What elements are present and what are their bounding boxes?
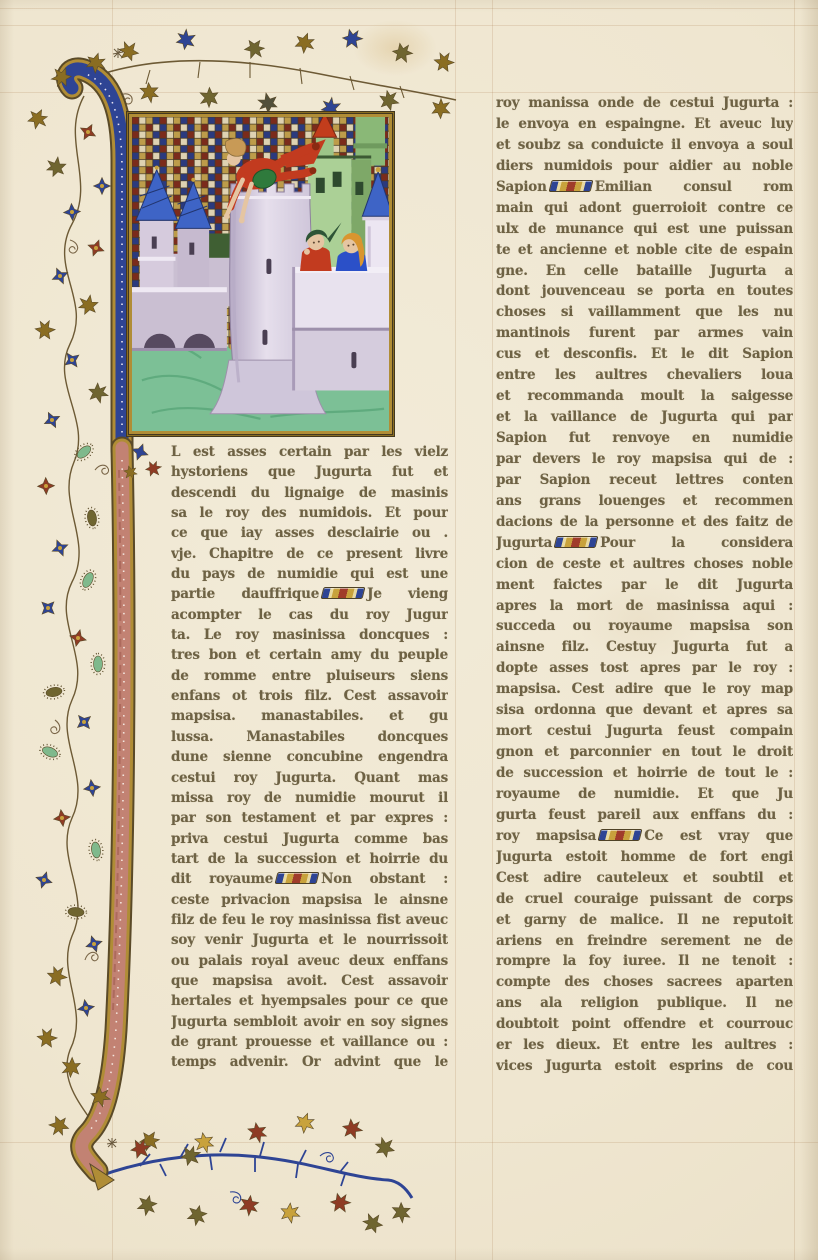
text-line: dont jouvenceau se porta en toutes xyxy=(496,281,793,302)
miniature-scene xyxy=(132,117,389,431)
text-line: missa roy de numidie mourut il xyxy=(171,788,448,808)
text-line: priva cestui Jugurta comme bas xyxy=(171,829,448,849)
ruling-line xyxy=(0,8,818,9)
text-line: rompre la foy iuree. Il ne tenoit : xyxy=(496,951,793,972)
miniature-illustration xyxy=(129,114,392,434)
text-line: le envoya en espaingne. Et aveuc luy xyxy=(496,114,793,135)
text-line: et soubz sa conduicte il envoya a soul xyxy=(496,135,793,156)
text-line: dacions de la personne et des faitz de xyxy=(496,512,793,533)
text-line: par Sapion receut lettres conten xyxy=(496,470,793,491)
text-line: que mapsisa avoit. Cest assavoir xyxy=(171,971,448,991)
text-line: ment faictes par le dit Jugurta xyxy=(496,575,793,596)
text-line: L est asses certain par les vielz xyxy=(171,442,448,462)
text-line: et garny de malice. Il ne reputoit xyxy=(496,910,793,931)
text-line: royaume de numidie. Et que Ju xyxy=(496,784,793,805)
text-line: de cruel couraige puissant de corps xyxy=(496,889,793,910)
text-line: roy manissa onde de cestui Jugurta : xyxy=(496,93,793,114)
text-line: ceste privacion mapsisa le ainsne xyxy=(171,890,448,910)
text-line: SapionEmilian consul rom xyxy=(496,177,793,198)
text-line: par devers le roy mapsisa qui de : xyxy=(496,449,793,470)
text-line: Cest adire cauteleux et soubtil et xyxy=(496,868,793,889)
text-line: Jugurta estoit homme de fort engi xyxy=(496,847,793,868)
text-line: ta. Le roy masinissa doncques : xyxy=(171,625,448,645)
text-line: hertales et hyempsales pour ce que xyxy=(171,991,448,1011)
text-line: compte des choses sacrees aparten xyxy=(496,972,793,993)
text-line: vices Jugurta estoit esprins de cou xyxy=(496,1056,793,1077)
text-line: dit royaumeNon obstant : xyxy=(171,869,448,889)
text-line: er les dieux. Et entre les aultres : xyxy=(496,1035,793,1056)
text-line: cestui roy Jugurta. Quant mas xyxy=(171,768,448,788)
line-filler-ornament xyxy=(321,587,366,599)
text-line: et recommanda moult la saigesse xyxy=(496,386,793,407)
text-line: enfans ot trois filz. Cest assavoir xyxy=(171,686,448,706)
text-line: choses si vaillamment que les nu xyxy=(496,302,793,323)
text-line: et la vaillance de Jugurta qui par xyxy=(496,407,793,428)
text-line: mantinois furent par armes vain xyxy=(496,323,793,344)
text-line: dune sienne concubine engendra xyxy=(171,747,448,767)
text-line: ans grans louenges et recommen xyxy=(496,491,793,512)
text-line: roy mapsisaCe est vray que xyxy=(496,826,793,847)
text-line: main qui adont guerroioit contre ce xyxy=(496,198,793,219)
text-line: gnon et parconnier en tout le droit xyxy=(496,742,793,763)
text-line: temps advenir. Or advint que le xyxy=(171,1052,448,1072)
text-line: partie dauffriqueJe vieng xyxy=(171,584,448,604)
text-line: filz de feu le roy masinissa fist aveuc xyxy=(171,910,448,930)
text-line: ce que iay asses desclairie ou . xyxy=(171,523,448,543)
text-line: de grant prouesse et vaillance ou : xyxy=(171,1032,448,1052)
line-filler-ornament xyxy=(554,536,599,548)
text-line: soy venir Jugurta et le nourrissoit xyxy=(171,930,448,950)
text-line: sa le roy des numidois. Et pour xyxy=(171,503,448,523)
text-line: doubtoit point offendre et courrouc xyxy=(496,1014,793,1035)
text-line: ou palais royal aveuc deux enffans xyxy=(171,951,448,971)
text-line: JugurtaPour la considera xyxy=(496,533,793,554)
text-line: tres bon et certain amy du peuple xyxy=(171,645,448,665)
text-line: mapsisa. manastabiles. et gu xyxy=(171,706,448,726)
ruling-line xyxy=(794,0,795,1260)
text-line: par son testament et par expres : xyxy=(171,808,448,828)
text-line: apres la mort de masinissa aqui : xyxy=(496,596,793,617)
text-column-right: roy manissa onde de cestui Jugurta :le e… xyxy=(496,93,793,1077)
text-line: de succession et hoirrie de tout le : xyxy=(496,763,793,784)
ruling-line xyxy=(0,1142,818,1143)
ruling-line xyxy=(112,0,113,1260)
text-line: ainsne filz. Cestuy Jugurta fut a xyxy=(496,637,793,658)
text-line: vje. Chapitre de ce present livre xyxy=(171,544,448,564)
text-line: sisa ordonna que devant et apres sa xyxy=(496,700,793,721)
text-line: ulx de munance qui est une puissan xyxy=(496,219,793,240)
text-line: acompter le cas du roy Jugur xyxy=(171,605,448,625)
text-line: gurta feust pareil aux enffans du : xyxy=(496,805,793,826)
text-line: diers numidois pour aidier au noble xyxy=(496,156,793,177)
text-line: mort cestui Jugurta feust compain xyxy=(496,721,793,742)
text-line: te et ancienne et noble cite de espain xyxy=(496,240,793,261)
text-line: mapsisa. Cest adire que le roy map xyxy=(496,679,793,700)
line-filler-ornament xyxy=(548,180,593,192)
ruling-line xyxy=(492,0,493,1260)
ruling-line xyxy=(0,25,818,26)
text-line: lussa. Manastabiles doncques xyxy=(171,727,448,747)
manuscript-page: L est asses certain par les vielzhystori… xyxy=(0,0,818,1260)
text-line: dopte asses tost apres par le roy : xyxy=(496,658,793,679)
text-line: du pays de numidie qui est une xyxy=(171,564,448,584)
text-line: ariens en freindre serement ne de xyxy=(496,931,793,952)
text-line: de romme entre pluiseurs siens xyxy=(171,666,448,686)
text-column-left: L est asses certain par les vielzhystori… xyxy=(171,442,448,1073)
bridge xyxy=(132,287,227,351)
text-line: Sapion fut renvoye en numidie xyxy=(496,428,793,449)
line-filler-ornament xyxy=(275,872,320,884)
text-line: entre les aultres chevaliers loua xyxy=(496,365,793,386)
text-line: gne. En celle bataille Jugurta a xyxy=(496,261,793,282)
line-filler-ornament xyxy=(598,829,643,841)
text-line: cus et desconfis. Et le dit Sapion xyxy=(496,344,793,365)
text-line: ans ala religion publique. Il ne xyxy=(496,993,793,1014)
text-line: hystoriens que Jugurta fut et xyxy=(171,462,448,482)
text-line: Jugurta sembloit avoir en soy signes xyxy=(171,1012,448,1032)
text-line: succeda ou royaume mapsisa son xyxy=(496,616,793,637)
text-line: tart de la succession et hoirrie du xyxy=(171,849,448,869)
text-line: cion de ceste et aultres choses noble xyxy=(496,554,793,575)
ruling-line xyxy=(455,0,456,1260)
battlement-wall xyxy=(292,267,389,391)
text-line: descendi du lignaige de masinis xyxy=(171,483,448,503)
